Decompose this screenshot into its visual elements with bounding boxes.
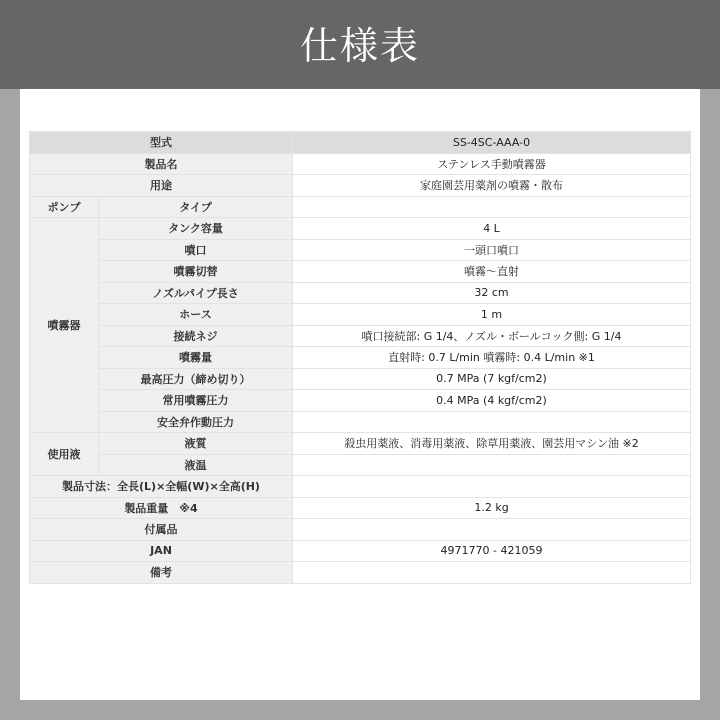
row-label: タンク容量 xyxy=(99,218,293,240)
page-title: 仕様表 xyxy=(300,15,420,70)
row-value: SS-4SC-AAA-0 xyxy=(293,132,691,154)
spec-panel: 型式 SS-4SC-AAA-0 製品名 ステンレス手動噴霧器 用途 家庭園芸用薬… xyxy=(20,89,700,700)
table-row: 型式 SS-4SC-AAA-0 xyxy=(30,132,691,154)
row-value: 1 m xyxy=(293,304,691,326)
row-value xyxy=(293,562,691,584)
row-label: ホース xyxy=(99,304,293,326)
group-label-pump: ポンプ xyxy=(30,196,99,218)
row-label: 接続ネジ xyxy=(99,325,293,347)
row-label: JAN xyxy=(30,540,293,562)
row-value xyxy=(293,476,691,498)
table-row: 接続ネジ 噴口接続部: G 1/4、ノズル・ボールコック側: G 1/4 xyxy=(30,325,691,347)
table-row: 安全弁作動圧力 xyxy=(30,411,691,433)
row-label: 製品寸法：全長(L)×全幅(W)×全高(H) xyxy=(30,476,293,498)
row-value xyxy=(293,519,691,541)
row-value: ステンレス手動噴霧器 xyxy=(293,153,691,175)
table-row: JAN 4971770 - 421059 xyxy=(30,540,691,562)
row-label: 噴口 xyxy=(99,239,293,261)
table-row: 付属品 xyxy=(30,519,691,541)
table-row: 製品重量 ※4 1.2 kg xyxy=(30,497,691,519)
row-label: 型式 xyxy=(30,132,293,154)
row-value: 0.4 MPa (4 kgf/cm2) xyxy=(293,390,691,412)
row-label: 製品重量 ※4 xyxy=(30,497,293,519)
row-value: 一頭口噴口 xyxy=(293,239,691,261)
row-label: 製品名 xyxy=(30,153,293,175)
table-row: 備考 xyxy=(30,562,691,584)
row-value xyxy=(293,411,691,433)
row-value xyxy=(293,454,691,476)
table-row: 最高圧力（締め切り） 0.7 MPa (7 kgf/cm2) xyxy=(30,368,691,390)
row-value: 殺虫用薬液、消毒用薬液、除草用薬液、園芸用マシン油 ※2 xyxy=(293,433,691,455)
row-value xyxy=(293,196,691,218)
row-label: 噴霧切替 xyxy=(99,261,293,283)
row-label: 用途 xyxy=(30,175,293,197)
group-label-liquid: 使用液 xyxy=(30,433,99,476)
row-label: 備考 xyxy=(30,562,293,584)
row-value: 噴口接続部: G 1/4、ノズル・ボールコック側: G 1/4 xyxy=(293,325,691,347)
row-label: 噴霧量 xyxy=(99,347,293,369)
row-label: 最高圧力（締め切り） xyxy=(99,368,293,390)
table-row: 製品寸法：全長(L)×全幅(W)×全高(H) xyxy=(30,476,691,498)
row-label: 付属品 xyxy=(30,519,293,541)
row-value: 直射時: 0.7 L/min 噴霧時: 0.4 L/min ※1 xyxy=(293,347,691,369)
row-value: 1.2 kg xyxy=(293,497,691,519)
row-value: 32 cm xyxy=(293,282,691,304)
page-header: 仕様表 xyxy=(0,0,720,89)
row-value: 家庭園芸用薬剤の噴霧・散布 xyxy=(293,175,691,197)
table-row: 噴霧器 タンク容量 4 L xyxy=(30,218,691,240)
table-row: 噴霧量 直射時: 0.7 L/min 噴霧時: 0.4 L/min ※1 xyxy=(30,347,691,369)
table-row: 使用液 液質 殺虫用薬液、消毒用薬液、除草用薬液、園芸用マシン油 ※2 xyxy=(30,433,691,455)
table-row: 液温 xyxy=(30,454,691,476)
row-label: 液質 xyxy=(99,433,293,455)
row-label: 安全弁作動圧力 xyxy=(99,411,293,433)
table-row: 常用噴霧圧力 0.4 MPa (4 kgf/cm2) xyxy=(30,390,691,412)
table-row: 噴霧切替 噴霧〜直射 xyxy=(30,261,691,283)
table-row: 噴口 一頭口噴口 xyxy=(30,239,691,261)
table-row: ポンプ タイプ xyxy=(30,196,691,218)
table-row: 用途 家庭園芸用薬剤の噴霧・散布 xyxy=(30,175,691,197)
row-label: タイプ xyxy=(99,196,293,218)
table-row: 製品名 ステンレス手動噴霧器 xyxy=(30,153,691,175)
table-row: ホース 1 m xyxy=(30,304,691,326)
spec-table: 型式 SS-4SC-AAA-0 製品名 ステンレス手動噴霧器 用途 家庭園芸用薬… xyxy=(29,131,691,584)
table-row: ノズルパイプ長さ 32 cm xyxy=(30,282,691,304)
group-label-sprayer: 噴霧器 xyxy=(30,218,99,433)
row-label: 常用噴霧圧力 xyxy=(99,390,293,412)
row-value: 0.7 MPa (7 kgf/cm2) xyxy=(293,368,691,390)
row-value: 4 L xyxy=(293,218,691,240)
row-value: 噴霧〜直射 xyxy=(293,261,691,283)
row-value: 4971770 - 421059 xyxy=(293,540,691,562)
row-label: ノズルパイプ長さ xyxy=(99,282,293,304)
row-label: 液温 xyxy=(99,454,293,476)
